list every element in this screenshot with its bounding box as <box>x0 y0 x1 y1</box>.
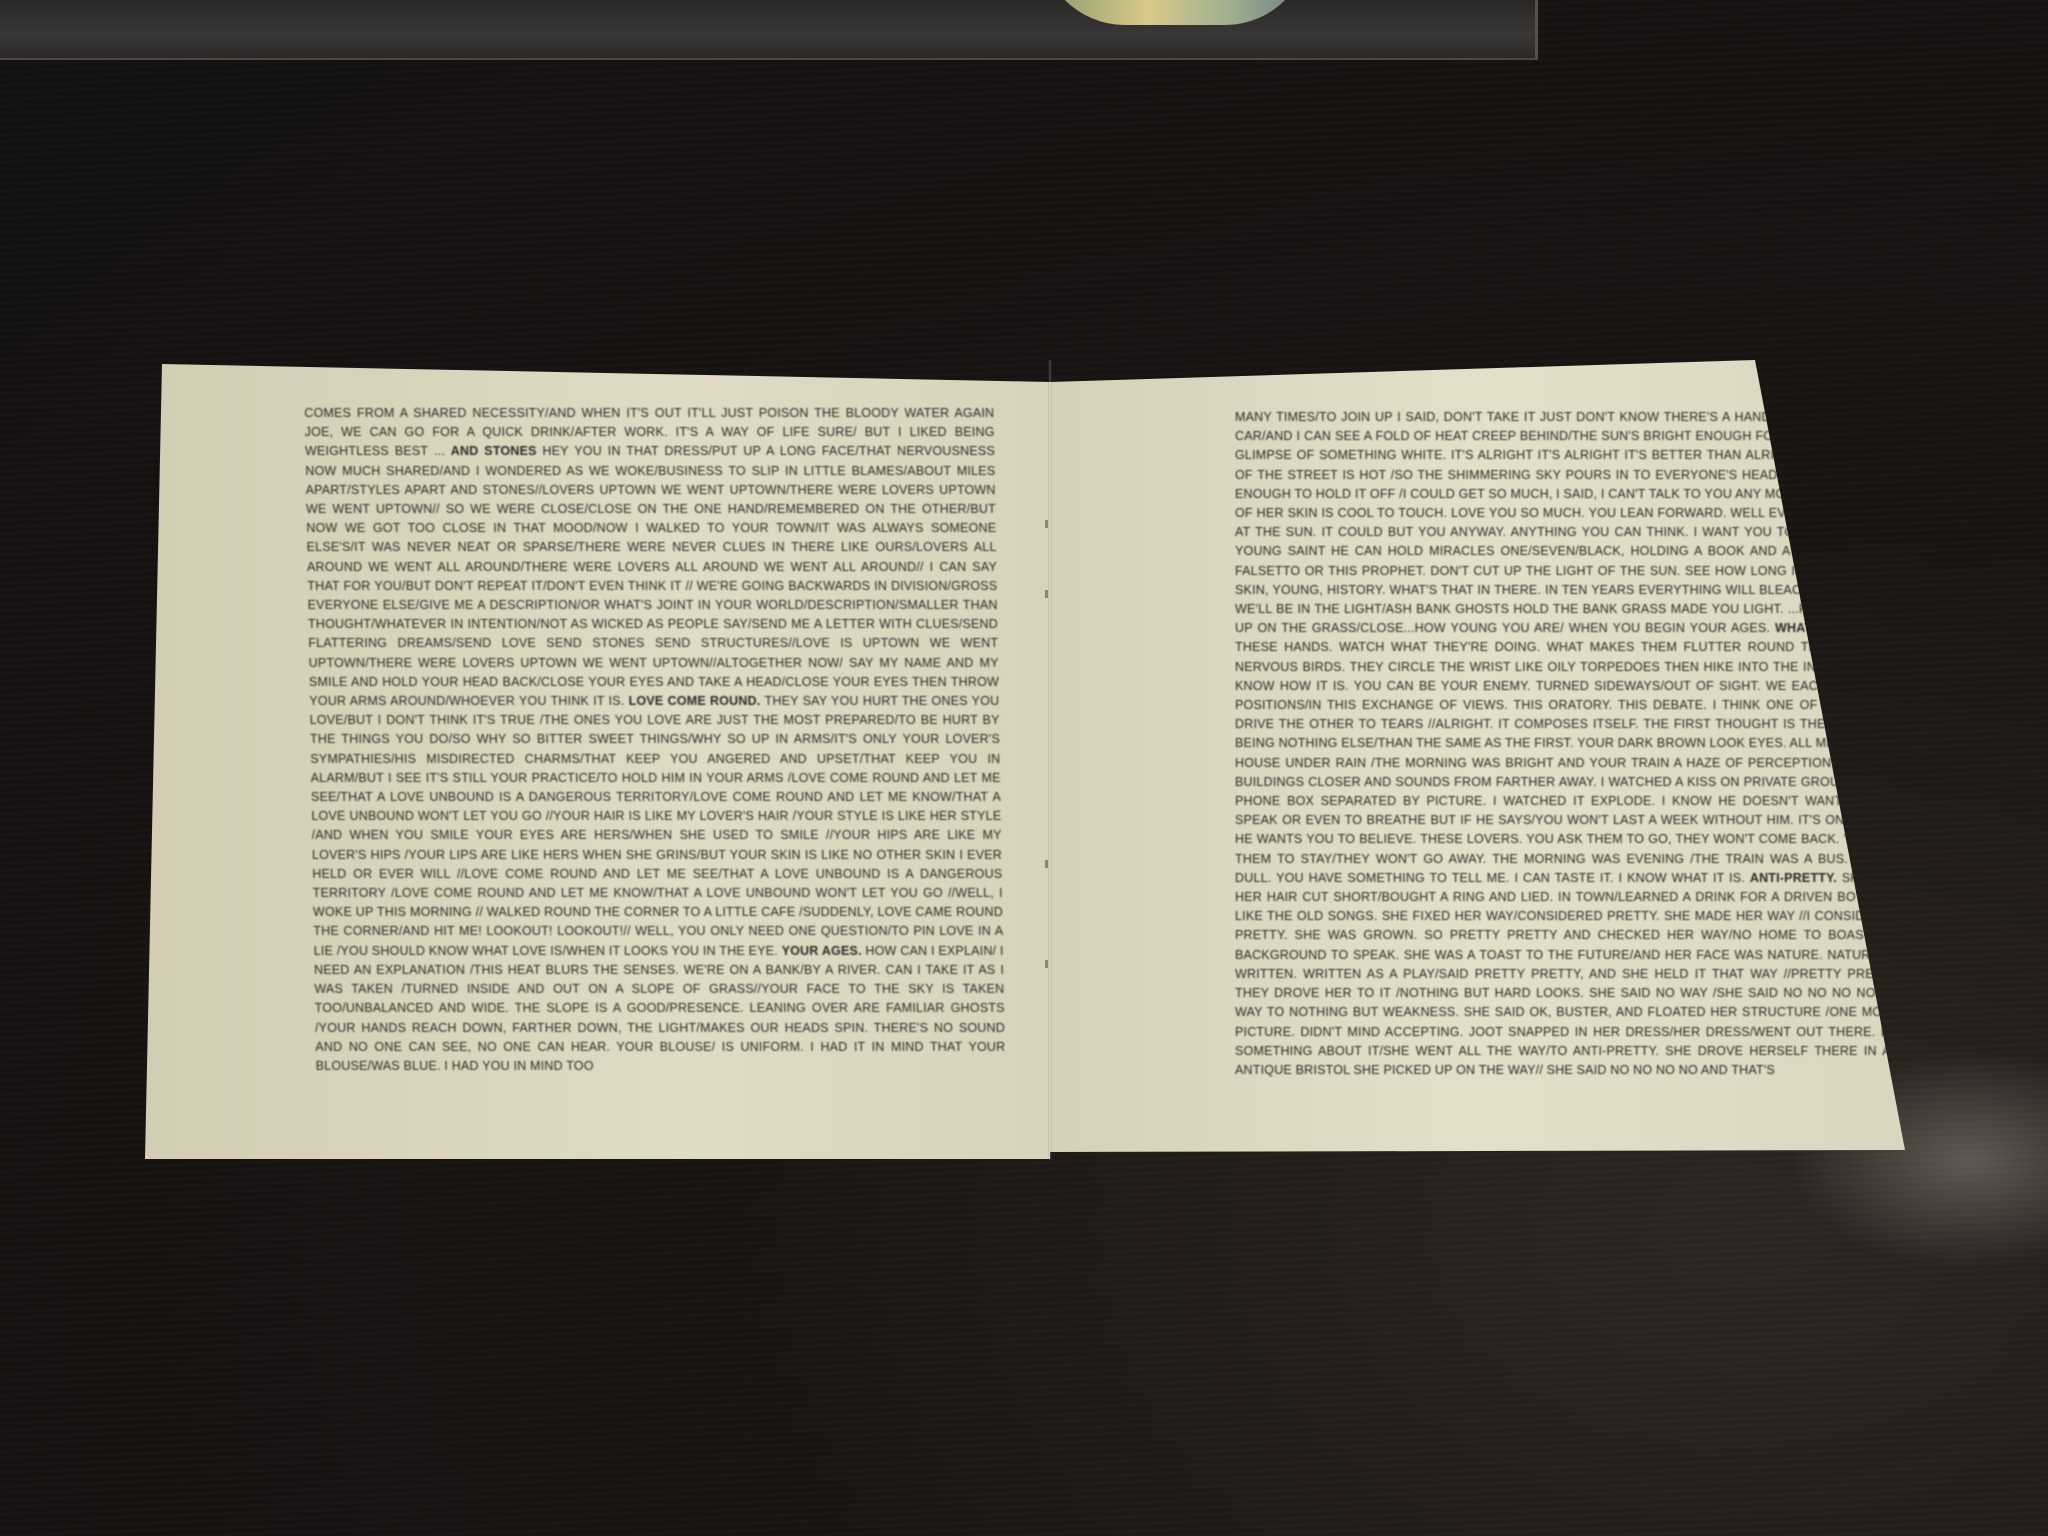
open-cd-booklet: COMES FROM A SHARED NECESSITY/AND WHEN I… <box>145 360 1905 1160</box>
lyrics-and-stones: HEY YOU IN THAT DRESS/PUT UP A LONG FACE… <box>305 444 999 708</box>
lyrics-left: COMES FROM A SHARED NECESSITY/AND WHEN I… <box>304 404 1006 1076</box>
song-title-love-come-round: LOVE COME ROUND. <box>628 694 764 708</box>
lyrics-love-come-round: THEY SAY YOU HURT THE ONES YOU LOVE/BUT … <box>310 694 1004 958</box>
lyrics-intro: MANY TIMES/TO JOIN UP I SAID, DON'T TAKE… <box>1235 410 1900 635</box>
lyrics-your-ages: HOW CAN I EXPLAIN/ I NEED AN EXPLANATION… <box>314 944 1006 1073</box>
song-title-and-stones: AND STONES <box>451 444 543 458</box>
booklet-right-page: MANY TIMES/TO JOIN UP I SAID, DON'T TAKE… <box>1050 360 1905 1152</box>
staple-hole <box>1045 590 1048 598</box>
song-title-your-ages: YOUR AGES. <box>781 944 865 958</box>
song-title-anti-pretty: ANTI-PRETTY. <box>1750 871 1842 885</box>
lyrics-right: MANY TIMES/TO JOIN UP I SAID, DON'T TAKE… <box>1235 408 1900 1080</box>
cd-disc <box>1040 0 1310 25</box>
booklet-left-page: COMES FROM A SHARED NECESSITY/AND WHEN I… <box>145 364 1050 1159</box>
staple-hole <box>1045 520 1048 528</box>
staple-hole <box>1045 860 1048 868</box>
lyrics-anti-pretty: SHE HAD HER HAIR CUT SHORT/BOUGHT A RING… <box>1235 871 1900 1077</box>
lyrics-what-it-is: WATCH THESE HANDS. WATCH WHAT THEY'RE DO… <box>1235 621 1900 885</box>
booklet-spine-fold <box>1048 360 1052 1160</box>
song-title-what-it-is: WHAT IT IS. <box>1775 621 1855 635</box>
staple-hole <box>1045 960 1048 968</box>
cd-jewel-case <box>0 0 1538 60</box>
